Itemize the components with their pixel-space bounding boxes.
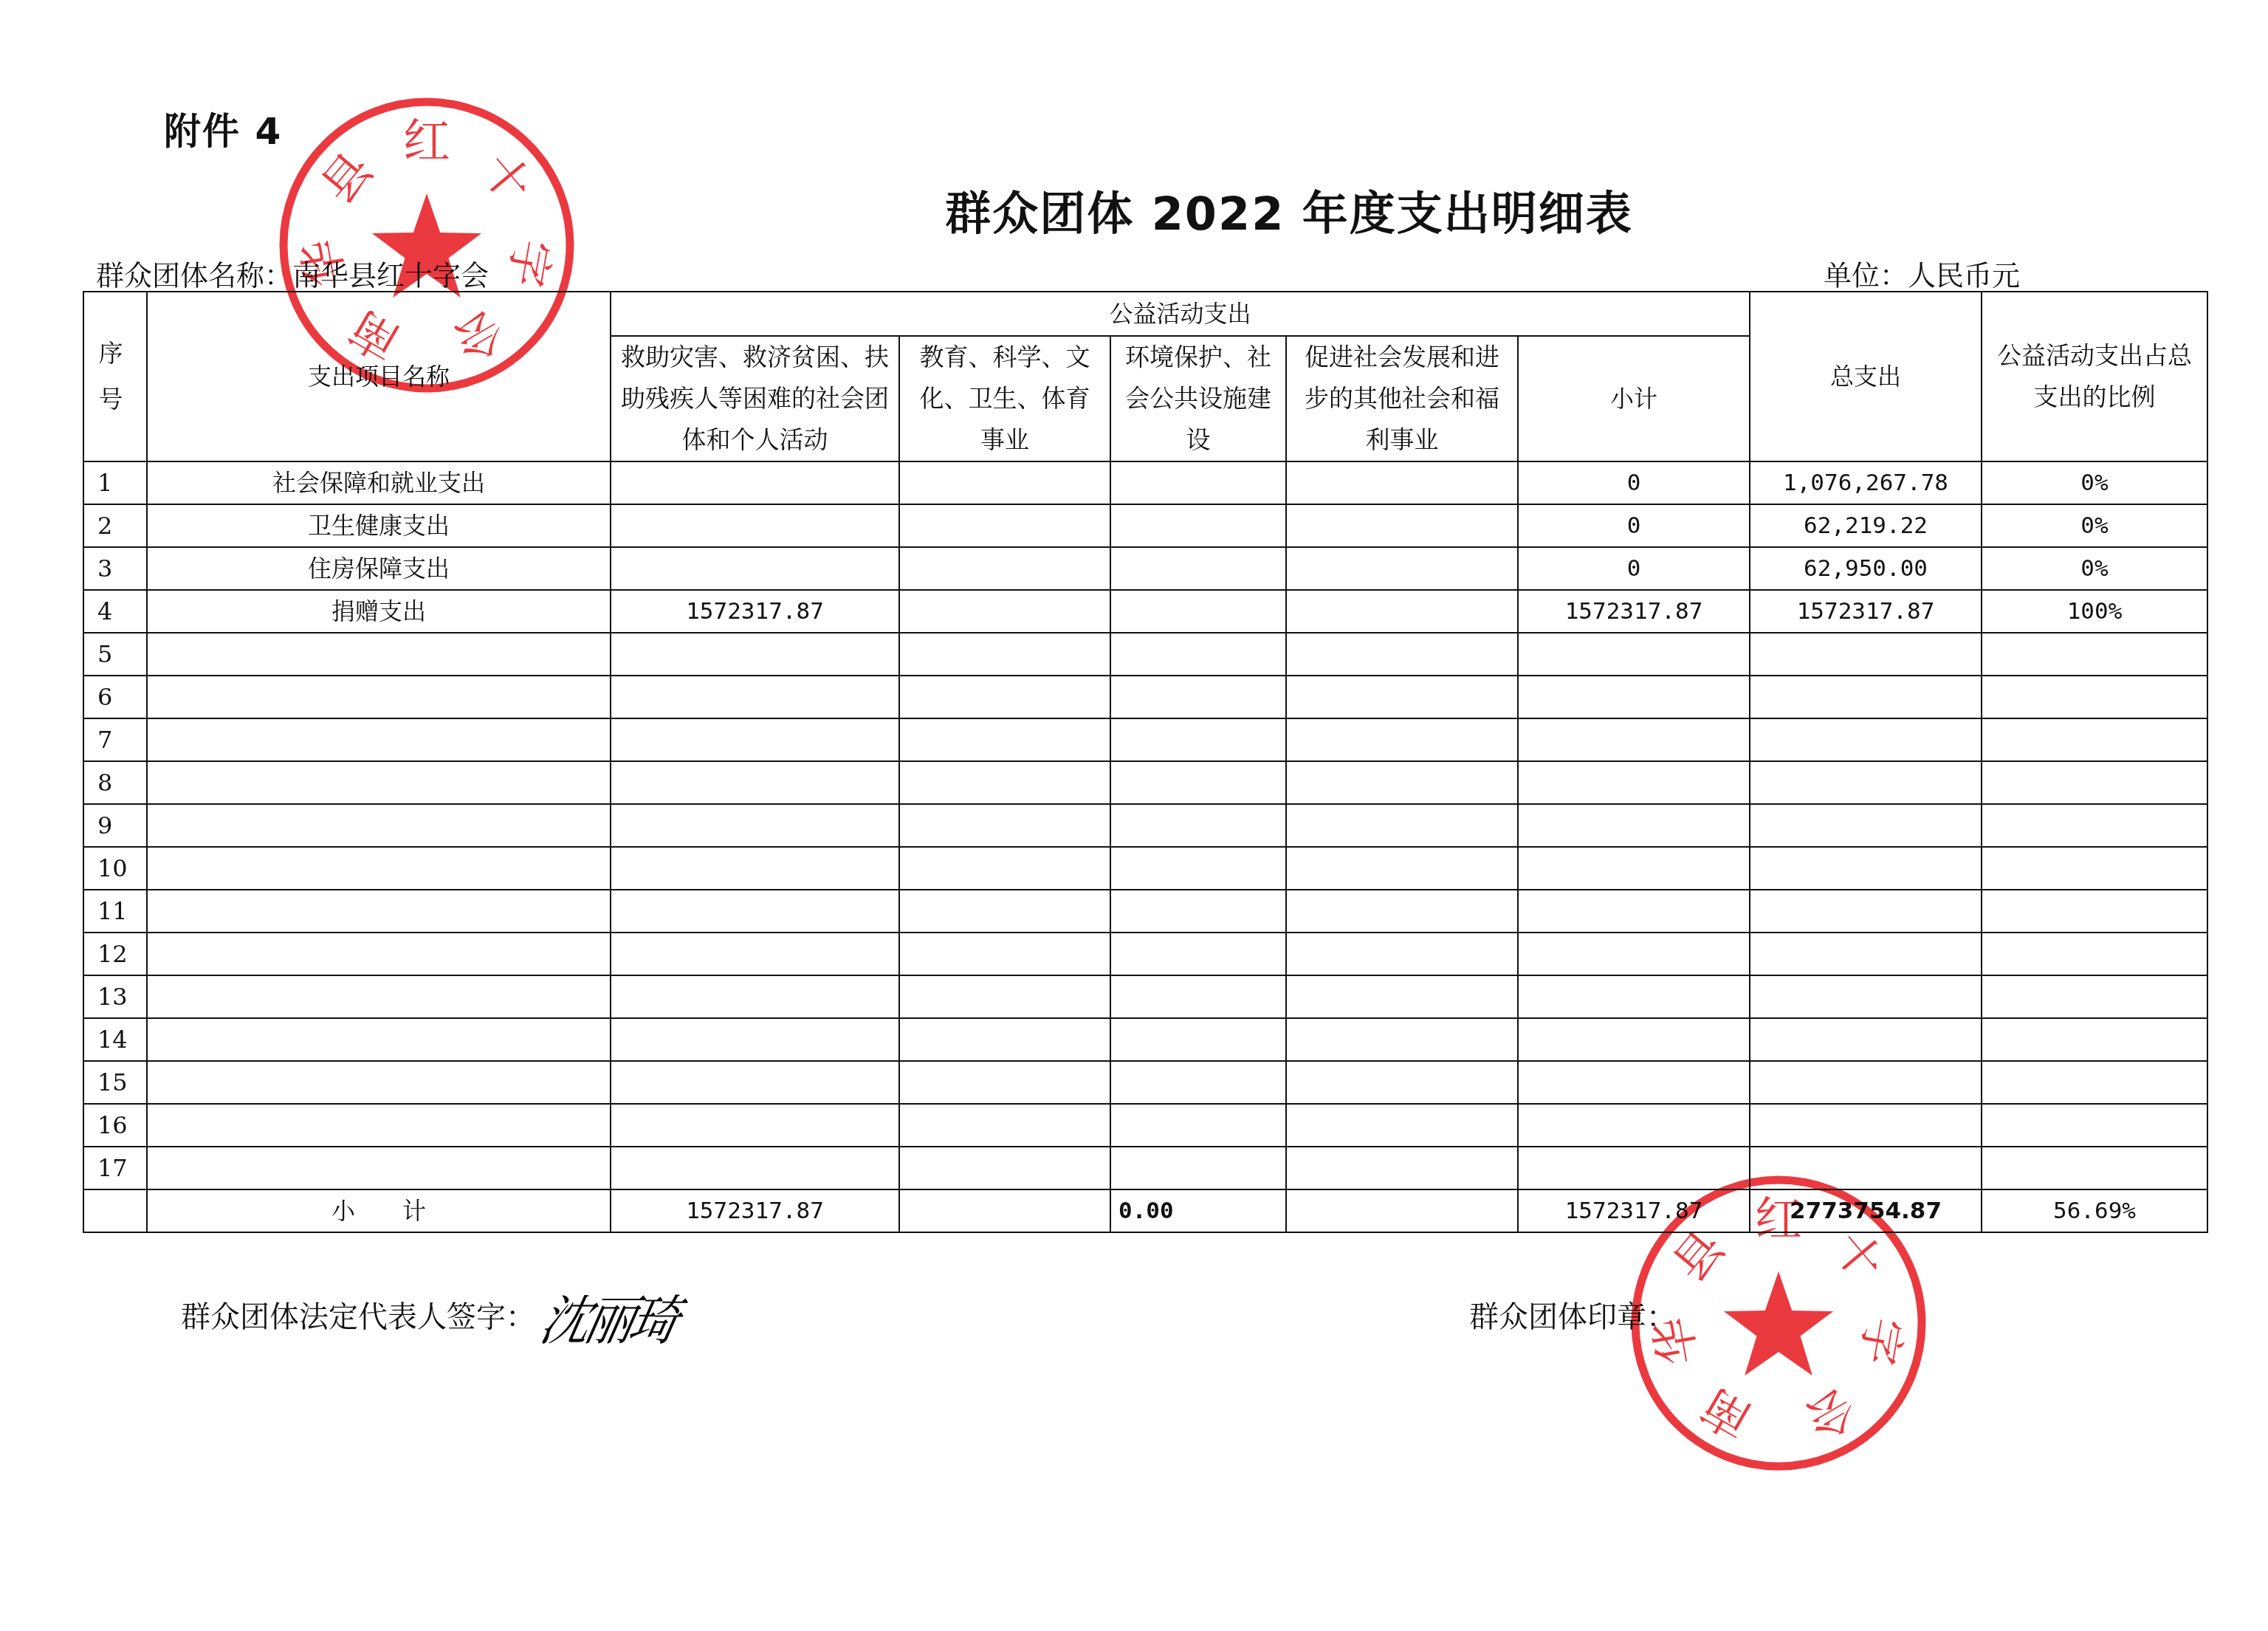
cell-education <box>899 890 1110 933</box>
cell-seq: 8 <box>83 761 147 804</box>
cell-social-dev <box>1286 504 1518 547</box>
cell-name <box>147 804 611 847</box>
cell-environment <box>1110 1147 1286 1189</box>
cell-environment <box>1110 504 1286 547</box>
cell-relief <box>611 504 899 547</box>
cell-seq: 12 <box>83 933 147 975</box>
cell-name <box>147 933 611 975</box>
cell-seq: 9 <box>83 804 147 847</box>
cell-environment <box>1110 633 1286 676</box>
cell-social-dev <box>1286 1104 1518 1147</box>
cell-education <box>899 1061 1110 1104</box>
cell-ratio <box>1982 847 2207 890</box>
header-item-name: 支出项目名称 <box>147 292 611 461</box>
cell-seq: 16 <box>83 1104 147 1147</box>
cell-name <box>147 1061 611 1104</box>
table-row: 15 <box>83 1061 2207 1104</box>
cell-total: 62,950.00 <box>1750 547 1982 590</box>
cell-ratio <box>1982 633 2207 676</box>
table-row: 5 <box>83 633 2207 676</box>
header-row: 序号 支出项目名称 公益活动支出 总支出 公益活动支出占总支出的比例 <box>83 292 2207 336</box>
cell-total <box>1750 676 1982 718</box>
cell-subtotal <box>1518 1061 1750 1104</box>
cell-name <box>147 1104 611 1147</box>
cell-seq: 5 <box>83 633 147 676</box>
cell-ratio: 0% <box>1982 504 2207 547</box>
header-relief: 救助灾害、救济贫困、扶助残疾人等困难的社会团体和个人活动 <box>611 336 899 461</box>
cell-ratio <box>1982 676 2207 718</box>
cell-social-dev <box>1286 547 1518 590</box>
table-row: 6 <box>83 676 2207 718</box>
table-row: 14 <box>83 1018 2207 1061</box>
summary-education <box>899 1189 1110 1232</box>
table-row: 9 <box>83 804 2207 847</box>
table-row: 3住房保障支出062,950.000% <box>83 547 2207 590</box>
cell-seq: 1 <box>83 461 147 504</box>
cell-social-dev <box>1286 590 1518 633</box>
cell-ratio <box>1982 890 2207 933</box>
cell-relief <box>611 933 899 975</box>
header-education: 教育、科学、文化、卫生、体育事业 <box>899 336 1110 461</box>
cell-environment <box>1110 1018 1286 1061</box>
expense-table: 序号 支出项目名称 公益活动支出 总支出 公益活动支出占总支出的比例 救助灾害、… <box>83 291 2208 1233</box>
cell-education <box>899 975 1110 1018</box>
cell-name: 捐赠支出 <box>147 590 611 633</box>
cell-environment <box>1110 761 1286 804</box>
cell-subtotal <box>1518 804 1750 847</box>
cell-relief <box>611 761 899 804</box>
cell-total <box>1750 933 1982 975</box>
org-name-label: 群众团体名称： <box>96 259 292 292</box>
cell-environment <box>1110 461 1286 504</box>
summary-environment: 0.00 <box>1110 1189 1286 1232</box>
cell-name <box>147 1147 611 1189</box>
star-icon <box>1724 1271 1833 1376</box>
cell-subtotal <box>1518 633 1750 676</box>
cell-seq: 11 <box>83 890 147 933</box>
seal-char: 会 <box>1796 1377 1864 1448</box>
cell-relief <box>611 890 899 933</box>
page-title: 群众团体 2022 年度支出明细表 <box>0 177 2268 243</box>
summary-relief: 1572317.87 <box>611 1189 899 1232</box>
cell-subtotal <box>1518 975 1750 1018</box>
cell-social-dev <box>1286 933 1518 975</box>
cell-name <box>147 890 611 933</box>
summary-social-dev <box>1286 1189 1518 1232</box>
cell-seq: 10 <box>83 847 147 890</box>
cell-ratio <box>1982 1147 2207 1189</box>
cell-subtotal <box>1518 890 1750 933</box>
org-name-line: 群众团体名称：南华县红十字会 <box>96 253 489 293</box>
header-ratio: 公益活动支出占总支出的比例 <box>1982 292 2207 461</box>
seal-char: 字 <box>498 235 560 291</box>
cell-name <box>147 761 611 804</box>
cell-education <box>899 1104 1110 1147</box>
table-row: 8 <box>83 761 2207 804</box>
cell-relief <box>611 847 899 890</box>
cell-total <box>1750 1147 1982 1189</box>
cell-education <box>899 1147 1110 1189</box>
legal-rep-label: 群众团体法定代表人签字： <box>181 1294 535 1336</box>
cell-name: 卫生健康支出 <box>147 504 611 547</box>
cell-name <box>147 676 611 718</box>
cell-social-dev <box>1286 1061 1518 1104</box>
cell-ratio <box>1982 1104 2207 1147</box>
summary-row: 小 计 1572317.87 0.00 1572317.87 2773754.8… <box>83 1189 2207 1232</box>
cell-education <box>899 504 1110 547</box>
cell-subtotal <box>1518 1147 1750 1189</box>
header-social-dev: 促进社会发展和进步的其他社会和福利事业 <box>1286 336 1518 461</box>
cell-total: 1572317.87 <box>1750 590 1982 633</box>
table-row: 12 <box>83 933 2207 975</box>
cell-social-dev <box>1286 676 1518 718</box>
summary-subtotal: 1572317.87 <box>1518 1189 1750 1232</box>
cell-ratio <box>1982 761 2207 804</box>
cell-seq: 7 <box>83 718 147 761</box>
cell-environment <box>1110 933 1286 975</box>
cell-social-dev <box>1286 1018 1518 1061</box>
cell-total <box>1750 847 1982 890</box>
cell-education <box>899 1018 1110 1061</box>
cell-education <box>899 547 1110 590</box>
cell-environment <box>1110 547 1286 590</box>
cell-total <box>1750 1061 1982 1104</box>
table-row: 2卫生健康支出062,219.220% <box>83 504 2207 547</box>
currency-unit: 单位：人民币元 <box>1824 253 2020 293</box>
cell-education <box>899 933 1110 975</box>
summary-seq <box>83 1189 147 1232</box>
table-row: 1社会保障和就业支出01,076,267.780% <box>83 461 2207 504</box>
cell-total <box>1750 890 1982 933</box>
header-environment: 环境保护、社会公共设施建设 <box>1110 336 1286 461</box>
summary-ratio: 56.69% <box>1982 1189 2207 1232</box>
cell-environment <box>1110 718 1286 761</box>
cell-subtotal: 0 <box>1518 547 1750 590</box>
cell-relief <box>611 1061 899 1104</box>
cell-ratio <box>1982 718 2207 761</box>
cell-social-dev <box>1286 975 1518 1018</box>
header-subtotal: 小计 <box>1518 336 1750 461</box>
cell-seq: 2 <box>83 504 147 547</box>
header-public-welfare: 公益活动支出 <box>611 292 1750 336</box>
cell-relief <box>611 633 899 676</box>
cell-relief <box>611 676 899 718</box>
cell-seq: 15 <box>83 1061 147 1104</box>
cell-total <box>1750 633 1982 676</box>
cell-subtotal <box>1518 676 1750 718</box>
cell-relief <box>611 718 899 761</box>
cell-total <box>1750 718 1982 761</box>
table-row: 4捐赠支出1572317.871572317.871572317.87100% <box>83 590 2207 633</box>
cell-total <box>1750 1018 1982 1061</box>
cell-total <box>1750 804 1982 847</box>
cell-subtotal: 0 <box>1518 504 1750 547</box>
cell-environment <box>1110 975 1286 1018</box>
cell-total <box>1750 1104 1982 1147</box>
cell-social-dev <box>1286 718 1518 761</box>
cell-ratio <box>1982 933 2207 975</box>
seal-char: 南 <box>1693 1377 1761 1448</box>
cell-ratio <box>1982 975 2207 1018</box>
cell-relief <box>611 1018 899 1061</box>
attachment-label: 附件 4 <box>164 102 282 155</box>
cell-relief <box>611 461 899 504</box>
summary-label: 小 计 <box>147 1189 611 1232</box>
cell-seq: 14 <box>83 1018 147 1061</box>
cell-ratio <box>1982 804 2207 847</box>
table-row: 17 <box>83 1147 2207 1189</box>
table-row: 11 <box>83 890 2207 933</box>
cell-education <box>899 718 1110 761</box>
cell-subtotal <box>1518 761 1750 804</box>
legal-rep-signature: 沈丽琦 <box>535 1277 684 1355</box>
cell-subtotal: 1572317.87 <box>1518 590 1750 633</box>
cell-subtotal <box>1518 847 1750 890</box>
cell-social-dev <box>1286 761 1518 804</box>
summary-total: 2773754.87 <box>1750 1189 1982 1232</box>
table-row: 10 <box>83 847 2207 890</box>
cell-education <box>899 676 1110 718</box>
cell-relief <box>611 547 899 590</box>
seal-char: 字 <box>1849 1313 1911 1369</box>
cell-name: 住房保障支出 <box>147 547 611 590</box>
cell-social-dev <box>1286 1147 1518 1189</box>
cell-seq: 4 <box>83 590 147 633</box>
cell-social-dev <box>1286 890 1518 933</box>
cell-total: 62,219.22 <box>1750 504 1982 547</box>
cell-subtotal <box>1518 718 1750 761</box>
seal-label: 群众团体印章： <box>1469 1294 1676 1336</box>
cell-name <box>147 847 611 890</box>
cell-education <box>899 461 1110 504</box>
cell-seq: 3 <box>83 547 147 590</box>
cell-environment <box>1110 890 1286 933</box>
header-seq: 序号 <box>83 292 147 461</box>
cell-ratio <box>1982 1018 2207 1061</box>
cell-relief: 1572317.87 <box>611 590 899 633</box>
cell-education <box>899 761 1110 804</box>
cell-total <box>1750 975 1982 1018</box>
cell-seq: 6 <box>83 676 147 718</box>
cell-name <box>147 1018 611 1061</box>
cell-relief <box>611 1104 899 1147</box>
cell-relief <box>611 975 899 1018</box>
cell-social-dev <box>1286 461 1518 504</box>
cell-ratio: 100% <box>1982 590 2207 633</box>
cell-ratio: 0% <box>1982 461 2207 504</box>
cell-education <box>899 847 1110 890</box>
table-row: 16 <box>83 1104 2207 1147</box>
cell-environment <box>1110 804 1286 847</box>
cell-subtotal: 0 <box>1518 461 1750 504</box>
cell-name <box>147 718 611 761</box>
cell-seq: 17 <box>83 1147 147 1189</box>
cell-subtotal <box>1518 1104 1750 1147</box>
cell-environment <box>1110 847 1286 890</box>
cell-education <box>899 590 1110 633</box>
cell-relief <box>611 1147 899 1189</box>
cell-name <box>147 633 611 676</box>
org-name: 南华县红十字会 <box>292 259 489 292</box>
cell-seq: 13 <box>83 975 147 1018</box>
cell-social-dev <box>1286 633 1518 676</box>
cell-ratio <box>1982 1061 2207 1104</box>
cell-relief <box>611 804 899 847</box>
cell-ratio: 0% <box>1982 547 2207 590</box>
cell-social-dev <box>1286 847 1518 890</box>
cell-name <box>147 975 611 1018</box>
cell-total <box>1750 761 1982 804</box>
cell-environment <box>1110 676 1286 718</box>
cell-environment <box>1110 1061 1286 1104</box>
cell-environment <box>1110 1104 1286 1147</box>
table-row: 13 <box>83 975 2207 1018</box>
cell-education <box>899 633 1110 676</box>
cell-education <box>899 804 1110 847</box>
cell-subtotal <box>1518 1018 1750 1061</box>
cell-total: 1,076,267.78 <box>1750 461 1982 504</box>
seal-char: 红 <box>403 114 450 169</box>
cell-social-dev <box>1286 804 1518 847</box>
cell-environment <box>1110 590 1286 633</box>
header-total: 总支出 <box>1750 292 1982 461</box>
table-row: 7 <box>83 718 2207 761</box>
cell-name: 社会保障和就业支出 <box>147 461 611 504</box>
cell-subtotal <box>1518 933 1750 975</box>
